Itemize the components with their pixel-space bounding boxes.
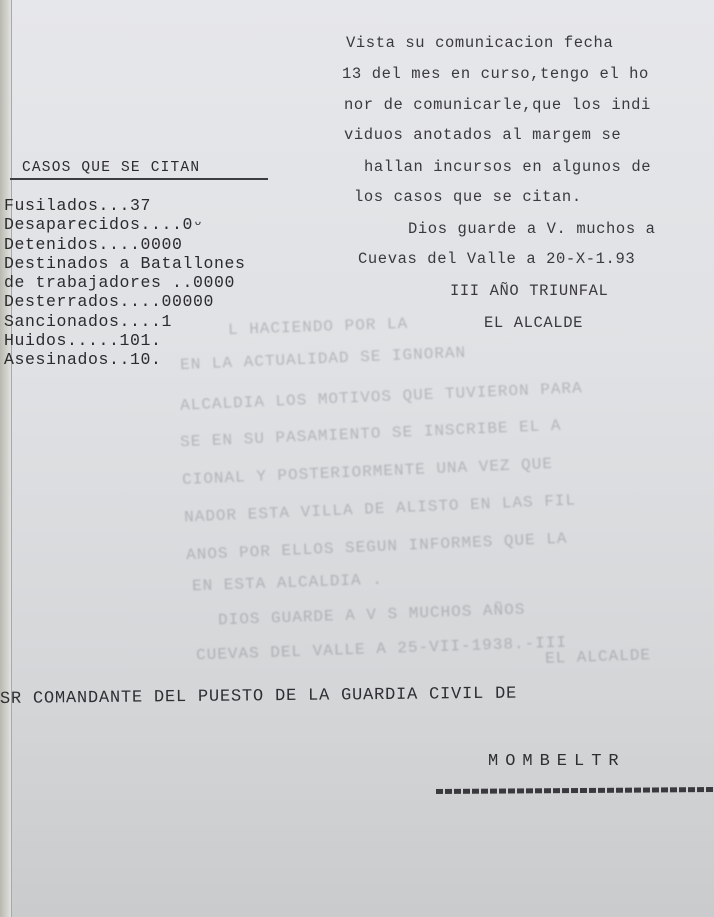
page-edge: [0, 0, 12, 917]
case-item: Asesinados..10.: [4, 350, 246, 369]
bleed-line: CIONAL Y POSTERIORMENTE UNA VEZ QUE: [182, 455, 553, 489]
bleed-line: NADOR ESTA VILLA DE ALISTO EN LAS FIL: [184, 491, 577, 526]
case-item: Detenidos....0000: [4, 235, 246, 254]
bleed-line: ALCALDIA LOS MOTIVOS QUE TUVIERON PARA: [180, 379, 583, 415]
letter-line: viduos anotados al margem se: [344, 126, 621, 144]
bleed-line: EL ALCALDE: [545, 646, 652, 668]
case-item: Desaparecidos....0ᵕ: [4, 215, 246, 234]
case-item: Fusilados...37: [4, 196, 246, 215]
bleed-line: SE EN SU PASAMIENTO SE INSCRIBE EL A: [180, 417, 562, 452]
case-item: de trabajadores ..0000: [4, 273, 246, 292]
year-line: III AÑO TRIUNFAL: [450, 282, 608, 300]
bleed-line: CUEVAS DEL VALLE A 25-VII-1938.-III: [196, 634, 567, 665]
bleed-line: L HACIENDO POR LA: [228, 315, 409, 339]
letter-line: Dios guarde a V. muchos a: [408, 220, 656, 238]
cases-heading: CASOS QUE SE CITAN: [22, 160, 200, 176]
place-name: MOMBELTR: [488, 752, 626, 771]
cases-list: Fusilados...37 Desaparecidos....0ᵕ Deten…: [4, 196, 246, 370]
case-item: Huidos.....101.: [4, 331, 246, 350]
letter-line: 13 del mes en curso,tengo el ho: [342, 65, 649, 83]
letter-line: hallan incursos en algunos de: [364, 158, 651, 176]
bleed-line: DIOS GUARDE A V S MUCHOS AÑOS: [218, 601, 526, 630]
date-line: Cuevas del Valle a 20-X-1.93: [358, 250, 635, 268]
place-underline: [436, 787, 714, 794]
letter-line: los casos que se citan.: [354, 188, 582, 206]
letter-line: nor de comunicarle,que los indi: [344, 96, 651, 114]
addressee: SR COMANDANTE DEL PUESTO DE LA GUARDIA C…: [0, 685, 517, 709]
bleed-line: ANOS POR ELLOS SEGUN INFORMES QUE LA: [186, 530, 568, 565]
bleed-line: EN ESTA ALCALDIA .: [192, 571, 383, 596]
letter-line: Vista su comunicacion fecha: [346, 34, 613, 52]
signature-line: EL ALCALDE: [484, 314, 583, 332]
case-item: Sancionados....1: [4, 312, 246, 331]
case-item: Destinados a Batallones: [4, 254, 246, 273]
case-item: Desterrados....00000: [4, 292, 246, 311]
heading-underline: [10, 178, 268, 180]
